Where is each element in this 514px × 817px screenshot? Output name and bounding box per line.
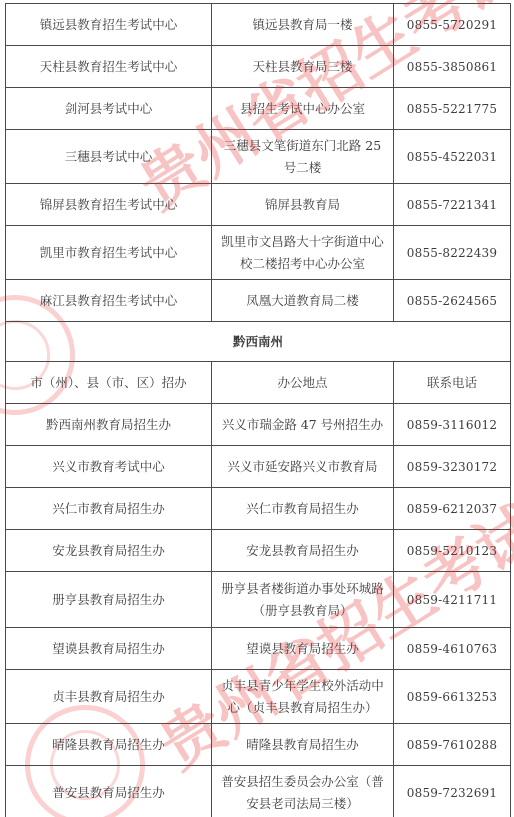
- header-phone: 联系电话: [394, 362, 511, 404]
- table-row: 天柱县教育招生考试中心 天柱县教育局三楼 0855-3850861: [6, 46, 511, 88]
- address-cell: 凯里市文昌路大十字街道中心校二楼招考中心办公室: [212, 226, 394, 280]
- office-cell: 麻江县教育招生考试中心: [6, 280, 212, 322]
- office-cell: 安龙县教育局招生办: [6, 530, 212, 572]
- address-cell: 晴隆县教育局招生办: [212, 724, 394, 766]
- table-row: 锦屏县教育招生考试中心 锦屏县教育局 0855-7221341: [6, 184, 511, 226]
- office-cell: 贞丰县教育局招生办: [6, 670, 212, 724]
- table-row: 麻江县教育招生考试中心 凤凰大道教育局二楼 0855-2624565: [6, 280, 511, 322]
- table-row: 晴隆县教育局招生办 晴隆县教育局招生办 0859-7610288: [6, 724, 511, 766]
- phone-cell: 0855-4522031: [394, 130, 511, 184]
- contact-table: 镇远县教育招生考试中心 镇远县教育局一楼 0855-5720291 天柱县教育招…: [5, 3, 511, 817]
- address-cell: 兴义市延安路兴义市教育局: [212, 446, 394, 488]
- address-cell: 望谟县教育局招生办: [212, 628, 394, 670]
- address-cell: 贞丰县青少年学生校外活动中心（贞丰县教育局招生办）: [212, 670, 394, 724]
- phone-cell: 0859-7232691: [394, 766, 511, 817]
- table-header-row: 市（州）、县（市、区）招办 办公地点 联系电话: [6, 362, 511, 404]
- header-address: 办公地点: [212, 362, 394, 404]
- office-cell: 天柱县教育招生考试中心: [6, 46, 212, 88]
- phone-cell: 0859-3116012: [394, 404, 511, 446]
- office-cell: 凯里市教育招生考试中心: [6, 226, 212, 280]
- phone-cell: 0859-5210123: [394, 530, 511, 572]
- phone-cell: 0855-2624565: [394, 280, 511, 322]
- table-row: 安龙县教育局招生办 安龙县教育局招生办 0859-5210123: [6, 530, 511, 572]
- phone-cell: 0859-4610763: [394, 628, 511, 670]
- address-cell: 凤凰大道教育局二楼: [212, 280, 394, 322]
- table-row: 望谟县教育局招生办 望谟县教育局招生办 0859-4610763: [6, 628, 511, 670]
- table-row: 普安县教育局招生办 普安县招生委员会办公室（普安县老司法局三楼） 0859-72…: [6, 766, 511, 817]
- office-cell: 兴仁市教育局招生办: [6, 488, 212, 530]
- office-cell: 册亨县教育局招生办: [6, 572, 212, 628]
- address-cell: 天柱县教育局三楼: [212, 46, 394, 88]
- phone-cell: 0859-3230172: [394, 446, 511, 488]
- phone-cell: 0859-4211711: [394, 572, 511, 628]
- region-title: 黔西南州: [6, 322, 511, 362]
- table-row: 贞丰县教育局招生办 贞丰县青少年学生校外活动中心（贞丰县教育局招生办） 0859…: [6, 670, 511, 724]
- table-row: 册亨县教育局招生办 册亨县者楼街道办事处环城路（册亨县教育局） 0859-421…: [6, 572, 511, 628]
- phone-cell: 0855-5720291: [394, 4, 511, 46]
- address-cell: 册亨县者楼街道办事处环城路（册亨县教育局）: [212, 572, 394, 628]
- table-row: 凯里市教育招生考试中心 凯里市文昌路大十字街道中心校二楼招考中心办公室 0855…: [6, 226, 511, 280]
- table-row: 兴义市教育考试中心 兴义市延安路兴义市教育局 0859-3230172: [6, 446, 511, 488]
- address-cell: 锦屏县教育局: [212, 184, 394, 226]
- office-cell: 黔西南州教育局招生办: [6, 404, 212, 446]
- header-office: 市（州）、县（市、区）招办: [6, 362, 212, 404]
- phone-cell: 0855-5221775: [394, 88, 511, 130]
- phone-cell: 0859-6613253: [394, 670, 511, 724]
- office-cell: 锦屏县教育招生考试中心: [6, 184, 212, 226]
- table-row: 镇远县教育招生考试中心 镇远县教育局一楼 0855-5720291: [6, 4, 511, 46]
- table-row: 黔西南州教育局招生办 兴义市瑞金路 47 号州招生办 0859-3116012: [6, 404, 511, 446]
- address-cell: 镇远县教育局一楼: [212, 4, 394, 46]
- table-row: 剑河县考试中心 县招生考试中心办公室 0855-5221775: [6, 88, 511, 130]
- phone-cell: 0859-7610288: [394, 724, 511, 766]
- office-cell: 三穗县考试中心: [6, 130, 212, 184]
- phone-cell: 0855-3850861: [394, 46, 511, 88]
- office-cell: 镇远县教育招生考试中心: [6, 4, 212, 46]
- address-cell: 安龙县教育局招生办: [212, 530, 394, 572]
- address-cell: 县招生考试中心办公室: [212, 88, 394, 130]
- address-cell: 兴义市瑞金路 47 号州招生办: [212, 404, 394, 446]
- office-cell: 兴义市教育考试中心: [6, 446, 212, 488]
- office-cell: 望谟县教育局招生办: [6, 628, 212, 670]
- phone-cell: 0855-8222439: [394, 226, 511, 280]
- address-cell: 普安县招生委员会办公室（普安县老司法局三楼）: [212, 766, 394, 817]
- phone-cell: 0855-7221341: [394, 184, 511, 226]
- region-title-row: 黔西南州: [6, 322, 511, 362]
- document-page: 镇远县教育招生考试中心 镇远县教育局一楼 0855-5720291 天柱县教育招…: [0, 0, 514, 817]
- address-cell: 三穗县文笔街道东门北路 25 号二楼: [212, 130, 394, 184]
- phone-cell: 0859-6212037: [394, 488, 511, 530]
- table-row: 三穗县考试中心 三穗县文笔街道东门北路 25 号二楼 0855-4522031: [6, 130, 511, 184]
- office-cell: 剑河县考试中心: [6, 88, 212, 130]
- office-cell: 晴隆县教育局招生办: [6, 724, 212, 766]
- address-cell: 兴仁市教育局招生办: [212, 488, 394, 530]
- office-cell: 普安县教育局招生办: [6, 766, 212, 817]
- table-row: 兴仁市教育局招生办 兴仁市教育局招生办 0859-6212037: [6, 488, 511, 530]
